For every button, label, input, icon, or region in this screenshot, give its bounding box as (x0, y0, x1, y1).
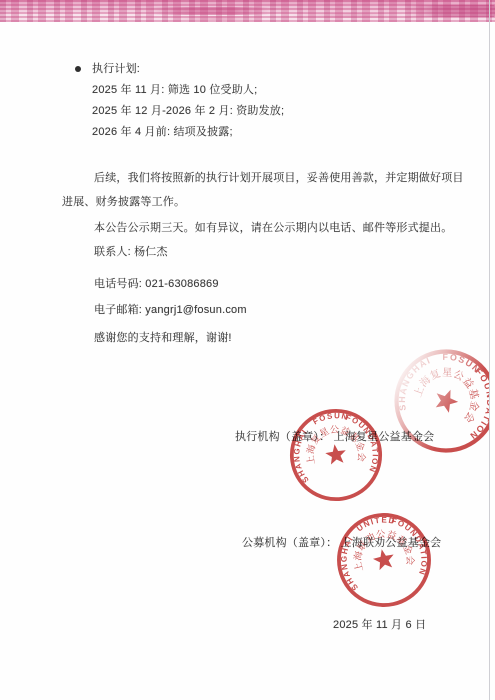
plan-item-3: 2026 年 4 月前: 结项及披露; (92, 125, 233, 139)
paragraph-notice-period: 本公告公示期三天。如有异议，请在公示期内以电话、邮件等形式提出。 (94, 221, 452, 235)
paragraph-followup-line1: 后续，我们将按照新的执行计划开展项目，妥善使用善款，并定期做好项目 (94, 171, 464, 185)
announcement-date: 2025 年 11 月 6 日 (333, 618, 426, 632)
plan-item-1: 2025 年 11 月: 筛选 10 位受助人; (92, 83, 257, 97)
seal-star-icon (324, 443, 347, 465)
contact-phone: 电话号码: 021-63086869 (94, 277, 219, 291)
thanks-line: 感谢您的支持和理解，谢谢! (94, 331, 232, 345)
partial-seal-clip-region: SHANGHAI FOSUN FOUNDATION 上海复星公益基金会 (390, 345, 489, 459)
paragraph-followup-line2: 进展、财务披露等工作。 (62, 195, 185, 209)
scan-streak (150, 7, 270, 15)
scan-page-edge (489, 0, 490, 700)
scan-streak (405, 5, 495, 17)
bullet-section-title: 执行计划: (92, 62, 140, 76)
seal-star-icon (371, 547, 396, 571)
bullet-icon (75, 66, 81, 72)
contact-email: 电子邮箱: yangrj1@fosun.com (94, 303, 247, 317)
scan-streak (170, 16, 265, 20)
contact-person: 联系人: 杨仁杰 (94, 245, 168, 259)
seal-star-icon (432, 385, 462, 414)
fosun-foundation-partial-seal-icon: SHANGHAI FOSUN FOUNDATION 上海复星公益基金会 (390, 345, 489, 459)
plan-item-2: 2025 年 12 月-2026 年 2 月: 资助发放; (92, 104, 284, 118)
united-foundation-seal-icon: SHANGHAI UNITED FOUNDATION 上海联劝公益基金会 (324, 500, 445, 621)
scanned-announcement-page: 执行计划: 2025 年 11 月: 筛选 10 位受助人; 2025 年 12… (0, 0, 495, 700)
scan-streak (285, 13, 415, 18)
fosun-foundation-seal-icon: SHANGHAI FOSUN FOUNDATION 上海复星公益基金会 (280, 399, 393, 512)
